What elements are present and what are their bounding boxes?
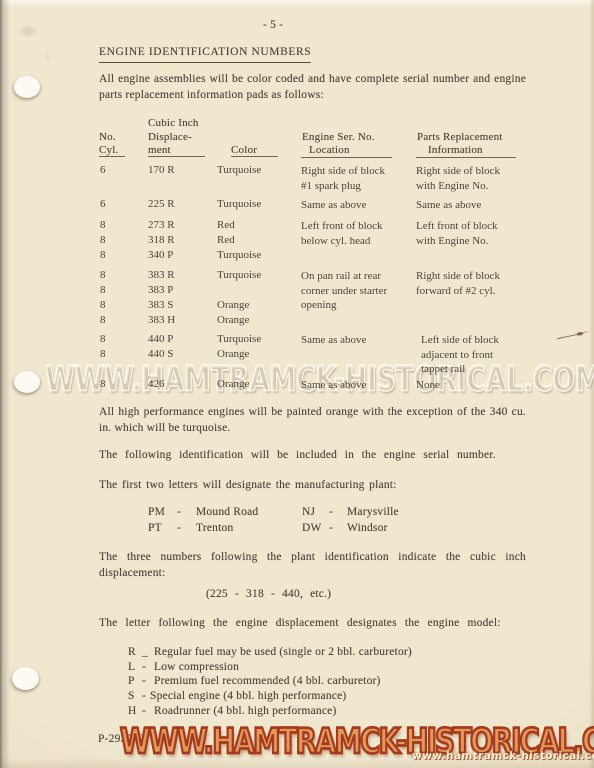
cell-displacement: 318 R <box>148 234 175 246</box>
header-underline-information <box>416 157 516 158</box>
cell-cylinders: 6 <box>100 164 106 176</box>
dash: - <box>142 703 146 719</box>
cell-cylinders: 8 <box>100 284 106 296</box>
dash: - <box>329 520 333 536</box>
cell-displacement: 225 R <box>148 198 175 210</box>
cell-parts-info: Left front of block with Engine No. <box>416 219 531 248</box>
cell-cylinders: 8 <box>100 299 106 311</box>
punch-hole-top <box>14 76 40 98</box>
ink-mark <box>555 329 589 344</box>
displacement-examples: (225 - 318 - 440, etc.) <box>206 586 331 602</box>
cell-serial-location: Same as above <box>301 333 421 348</box>
text-line: Right side of block <box>301 164 421 179</box>
model-letter: H <box>128 703 137 719</box>
watermark-url: www.hamtramck-historical.com <box>412 750 594 762</box>
cell-displacement: 273 R <box>148 219 175 231</box>
model-desc: Roadrunner (4 bbl. high performance) <box>154 703 337 719</box>
cell-displacement: 440 S <box>148 348 173 360</box>
plant-name: Mound Road <box>196 504 258 520</box>
plant-note-paragraph: The first two letters will designate the… <box>99 477 397 493</box>
cell-displacement: 440 P <box>148 333 173 345</box>
text-line: Same as above <box>301 378 421 393</box>
cell-parts-info: Right side of block with Engine No. <box>416 164 531 193</box>
cell-color: Orange <box>217 378 249 390</box>
col-header-information: Information <box>428 142 483 158</box>
list-item: P - Premium fuel recommended (4 bbl. car… <box>0 673 594 688</box>
table-row: 8 383 S Orange <box>0 299 594 314</box>
cell-displacement: 383 P <box>148 284 173 296</box>
table-group: 8 383 R Turquoise 8 383 P 8 383 S Orange… <box>0 269 594 329</box>
cell-cylinders: 8 <box>100 269 106 281</box>
header-underline-cyl <box>99 156 125 157</box>
text-line: corner under starter <box>301 284 421 299</box>
cell-color: Turquoise <box>217 249 261 261</box>
text-line: Left side of block <box>421 333 536 348</box>
cell-cylinders: 6 <box>100 198 106 210</box>
list-item: L - Low compression <box>0 659 594 674</box>
plant-name: Windsor <box>347 520 388 536</box>
text-line: opening <box>301 298 421 313</box>
model-note-paragraph: The letter following the engine displace… <box>99 615 501 631</box>
cell-color: Orange <box>217 299 249 311</box>
text-line: Same as above <box>301 333 421 348</box>
text-line: Right side of block <box>416 269 531 284</box>
cell-displacement: 340 P <box>148 249 173 261</box>
cell-color: Red <box>217 234 235 246</box>
table-group: 8 440 P Turquoise 8 440 S Orange Same as… <box>0 333 594 363</box>
cell-cylinders: 8 <box>100 314 106 326</box>
table-group: 6 170 R Turquoise Right side of block #1… <box>0 164 594 179</box>
cell-displacement: 383 S <box>148 299 173 311</box>
intro-paragraph: All engine assemblies will be color code… <box>99 71 526 104</box>
cell-cylinders: 8 <box>100 333 106 345</box>
dash: - <box>329 504 333 520</box>
cell-parts-info: Right side of block forward of #2 cyl. <box>416 269 531 298</box>
paper-smudge <box>18 24 38 38</box>
cell-displacement: 383 H <box>148 314 175 326</box>
cell-color: Red <box>217 219 235 231</box>
page-title: ENGINE IDENTIFICATION NUMBERS <box>99 44 311 63</box>
text-line: Same as above <box>301 198 421 213</box>
dash: - <box>177 504 181 520</box>
cell-serial-location: On pan rail at rear corner under starter… <box>301 269 421 313</box>
text-line: Right side of block <box>416 164 531 179</box>
plant-code: PM <box>148 504 165 520</box>
text-line: adjacent to front <box>421 348 536 363</box>
cell-color: Turquoise <box>217 333 261 345</box>
table-group: 8 273 R Red 8 318 R Red 8 340 P Turquois… <box>0 219 594 264</box>
header-underline-color <box>231 156 278 157</box>
list-item: H - Roadrunner (4 bbl. high performance) <box>0 703 594 718</box>
table-group: 8 426 Orange Same as above None <box>0 378 594 393</box>
cell-color: Turquoise <box>217 269 261 281</box>
paper-speck <box>44 54 50 59</box>
cell-cylinders: 8 <box>100 219 106 231</box>
scanned-document-page: WWW.HAMTRAMCK-HISTORICAL.COM - 5 - ENGIN… <box>0 0 594 768</box>
text-line: forward of #2 cyl. <box>416 284 531 299</box>
cell-color: Orange <box>217 348 249 360</box>
cell-displacement: 383 R <box>148 269 175 281</box>
cell-displacement: 426 <box>148 378 165 390</box>
orange-note-paragraph: All high performance engines will be pai… <box>99 404 526 437</box>
cell-parts-info: Left side of block adjacent to front tap… <box>421 333 536 377</box>
cell-cylinders: 8 <box>100 249 106 261</box>
model-letter-list: R _ Regular fuel may be used (single or … <box>0 644 594 717</box>
text-line: On pan rail at rear <box>301 269 421 284</box>
text-line: None <box>416 378 531 393</box>
plant-code: DW <box>302 520 322 536</box>
cell-color: Orange <box>217 314 249 326</box>
text-line: with Engine No. <box>416 179 531 194</box>
cell-color: Turquoise <box>217 164 261 176</box>
table-row: 8 383 H Orange <box>0 314 594 329</box>
plant-code: PT <box>148 520 162 536</box>
cell-cylinders: 8 <box>100 348 106 360</box>
table-row: 8 340 P Turquoise <box>0 249 594 264</box>
page-number: - 5 - <box>263 17 283 33</box>
text-line: below cyl. head <box>301 234 421 249</box>
table-group: 6 225 R Turquoise Same as above Same as … <box>0 198 594 213</box>
header-underline-location <box>301 157 392 158</box>
text-line: #1 spark plug <box>301 179 421 194</box>
cell-displacement: 170 R <box>148 164 175 176</box>
header-underline-ment <box>148 156 205 157</box>
col-header-location: Location <box>309 142 350 158</box>
serial-note-paragraph: The following identification will be inc… <box>99 447 496 463</box>
cell-serial-location: Right side of block #1 spark plug <box>301 164 421 193</box>
cell-parts-info: None <box>416 378 531 393</box>
cell-serial-location: Same as above <box>301 198 421 213</box>
cell-serial-location: Same as above <box>301 378 421 393</box>
cell-serial-location: Left front of block below cyl. head <box>301 219 421 248</box>
text-line: tappet rail <box>421 362 536 377</box>
displacement-note-paragraph: The three numbers following the plant id… <box>99 549 526 582</box>
dash: - <box>177 520 181 536</box>
list-item: R _ Regular fuel may be used (single or … <box>0 644 594 659</box>
cell-parts-info: Same as above <box>416 198 531 213</box>
list-item: S - Special engine (4 bbl. high performa… <box>0 688 594 703</box>
text-line: Left front of block <box>301 219 421 234</box>
cell-cylinders: 8 <box>100 378 106 390</box>
cell-cylinders: 8 <box>100 234 106 246</box>
text-line: Left front of block <box>416 219 531 234</box>
text-line: Same as above <box>416 198 531 213</box>
plant-name: Trenton <box>196 520 233 536</box>
plant-code: NJ <box>302 504 315 520</box>
plant-name: Marysville <box>347 504 399 520</box>
cell-color: Turquoise <box>217 198 261 210</box>
text-line: with Engine No. <box>416 234 531 249</box>
